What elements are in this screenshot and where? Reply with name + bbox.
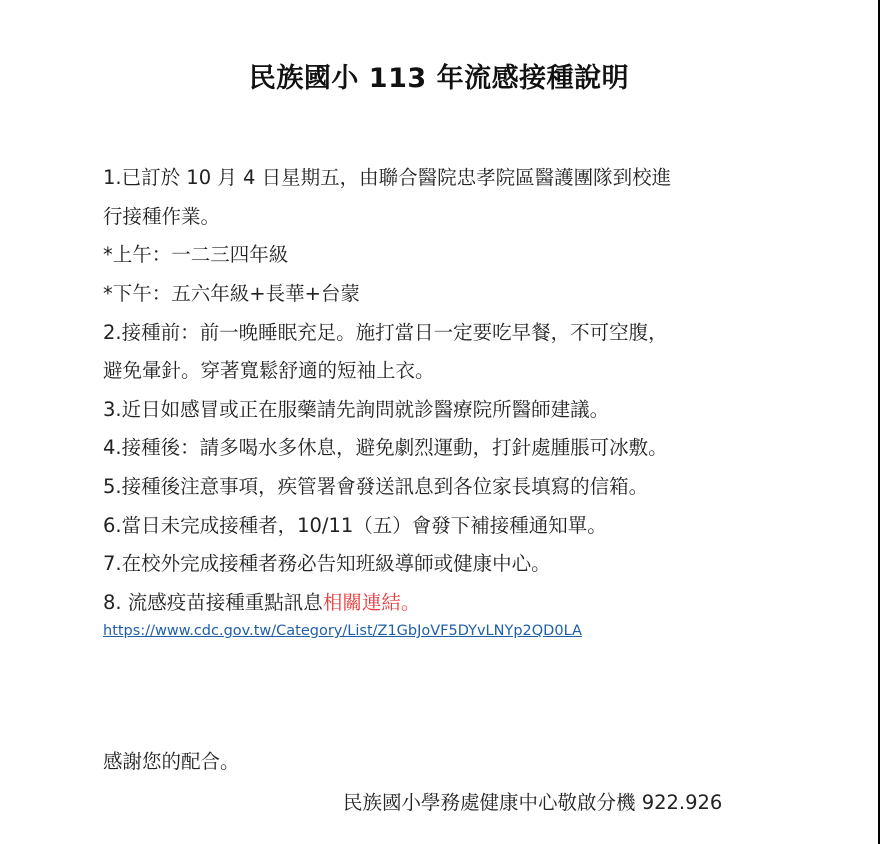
item-7: 7.在校外完成接種者務必告知班級導師或健康中心。 xyxy=(103,551,551,577)
item-1-line-1: 1.已訂於 10 月 4 日星期五，由聯合醫院忠孝院區醫護團隊到校進 xyxy=(103,165,671,191)
item-6: 6.當日未完成接種者，10/11（五）會發下補接種通知單。 xyxy=(103,513,607,539)
item-4: 4.接種後：請多喝水多休息，避免劇烈運動，打針處腫脹可冰敷。 xyxy=(103,435,668,461)
morning-schedule: *上午：一二三四年級 xyxy=(103,242,288,268)
item-1-line-2: 行接種作業。 xyxy=(103,204,220,230)
related-link-label: 相關連結 xyxy=(323,591,401,614)
item-2-line-1: 2.接種前：前一晚睡眠充足。施打當日一定要吃早餐，不可空腹， xyxy=(103,320,668,346)
item-3: 3.近日如感冒或正在服藥請先詢問就診醫療院所醫師建議。 xyxy=(103,397,609,423)
thanks-text: 感謝您的配合。 xyxy=(103,746,240,774)
cdc-link[interactable]: https://www.cdc.gov.tw/Category/List/Z1G… xyxy=(103,623,582,639)
item-8-text: 8. 流感疫苗接種重點訊息 xyxy=(103,591,323,614)
item-8-suffix: 。 xyxy=(401,591,421,614)
item-2-line-2: 避免暈針。穿著寬鬆舒適的短袖上衣。 xyxy=(103,358,435,384)
document-page: 民族國小 113 年流感接種說明 1.已訂於 10 月 4 日星期五，由聯合醫院… xyxy=(0,0,880,844)
document-title: 民族國小 113 年流感接種說明 xyxy=(0,56,878,95)
signature: 民族國小學務處健康中心敬啟分機 922.926 xyxy=(343,787,722,815)
item-5: 5.接種後注意事項，疾管署會發送訊息到各位家長填寫的信箱。 xyxy=(103,474,648,500)
afternoon-schedule: *下午：五六年級+長華+台蒙 xyxy=(103,281,360,307)
item-8: 8. 流感疫苗接種重點訊息相關連結。 xyxy=(103,590,420,616)
